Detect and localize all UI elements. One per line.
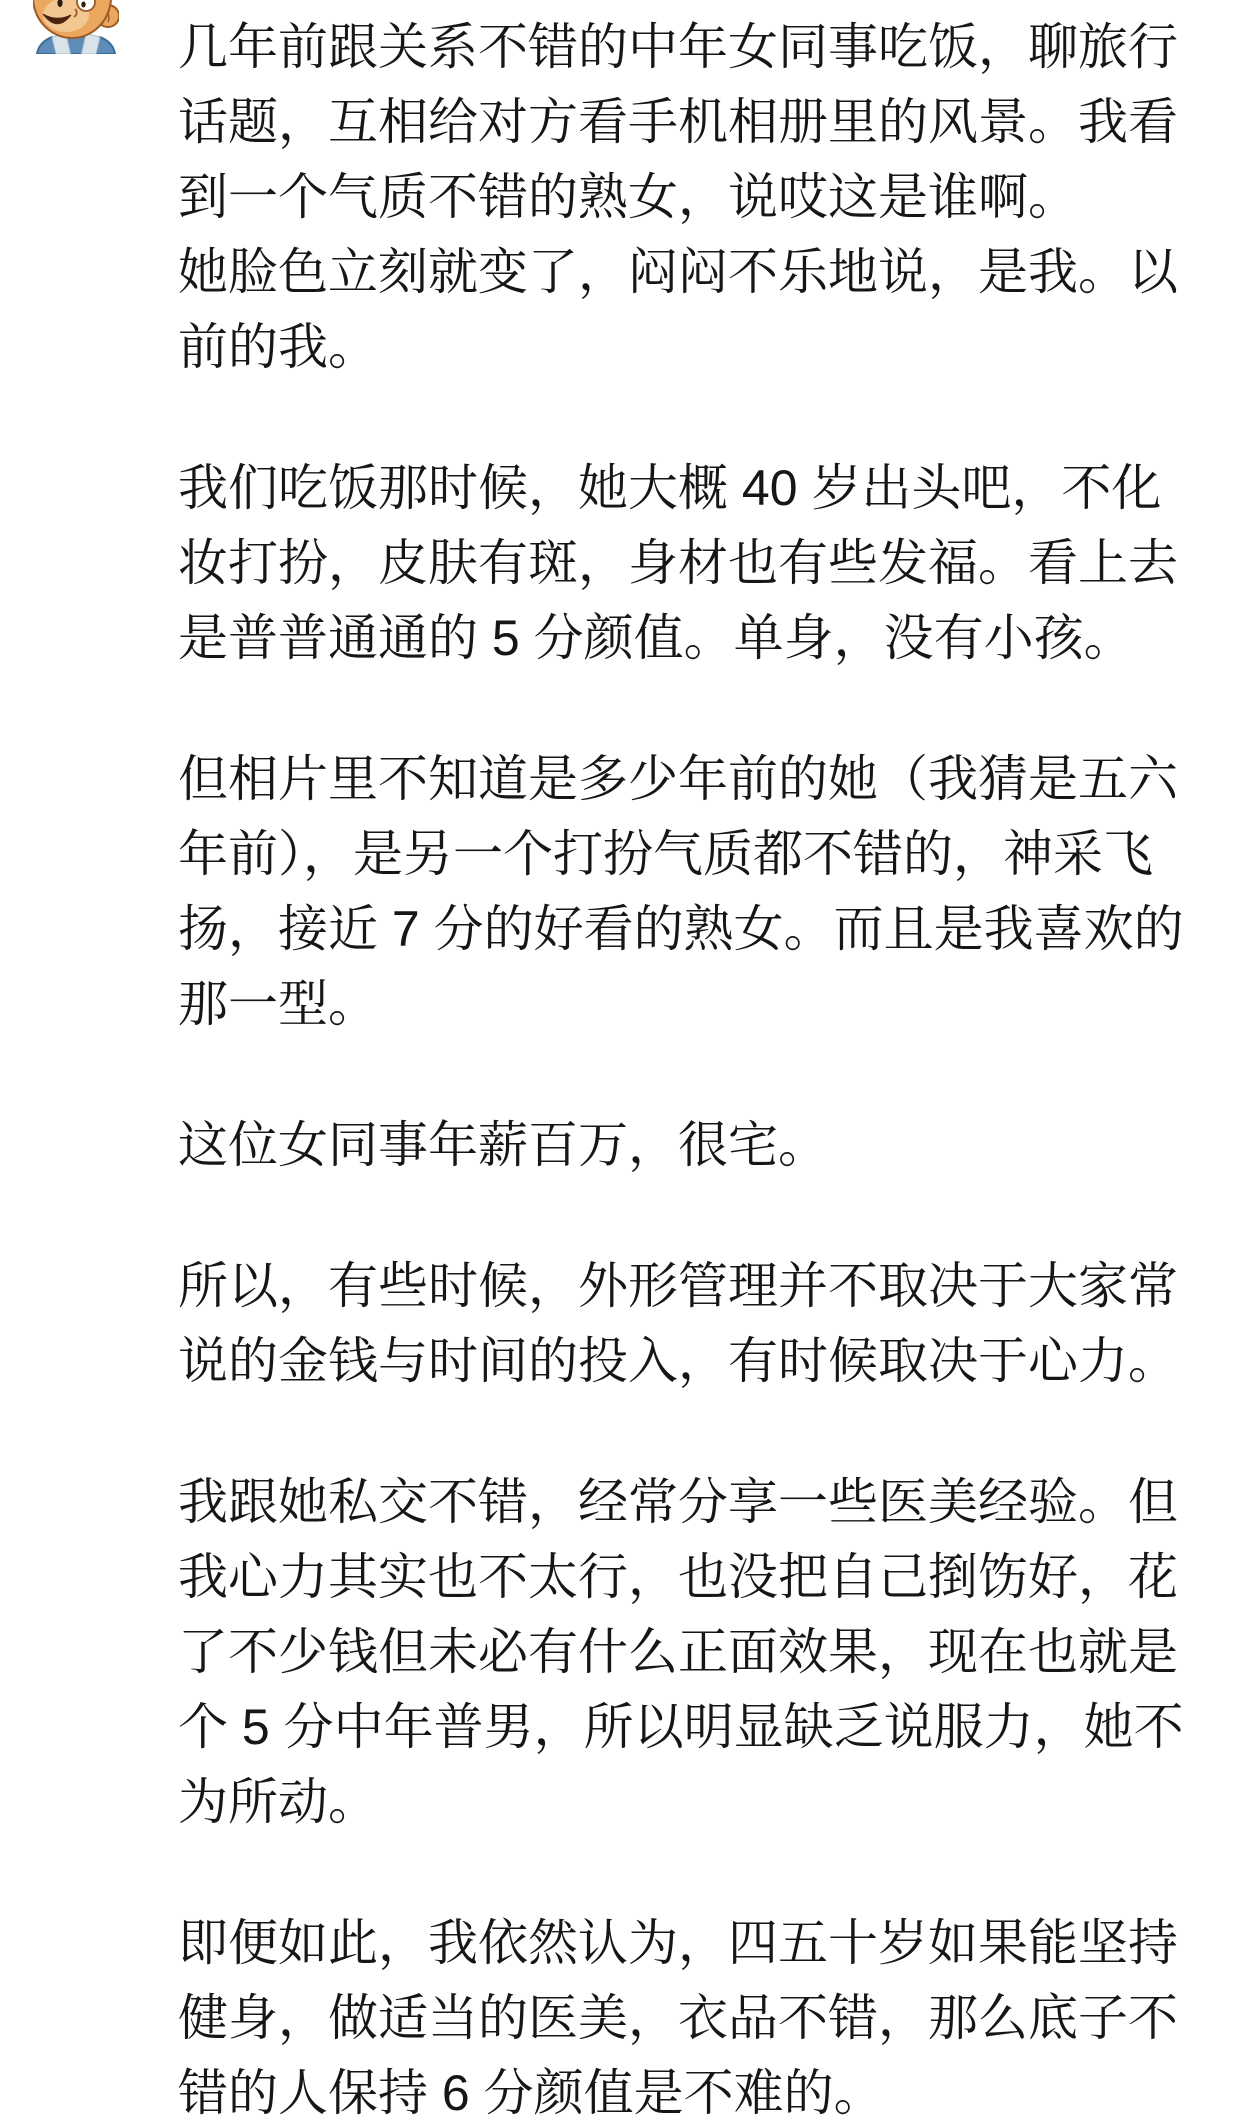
paragraph: 我跟她私交不错，经常分享一些医美经验。但我心力其实也不太行，也没把自己捯饬好，花…	[178, 1465, 1198, 1840]
user-avatar[interactable]	[33, 0, 119, 54]
paragraph: 几年前跟关系不错的中年女同事吃饭，聊旅行话题，互相给对方看手机相册里的风景。我看…	[178, 10, 1198, 385]
comment-post: 几年前跟关系不错的中年女同事吃饭，聊旅行话题，互相给对方看手机相册里的风景。我看…	[0, 0, 1233, 2126]
post-body: 几年前跟关系不错的中年女同事吃饭，聊旅行话题，互相给对方看手机相册里的风景。我看…	[178, 10, 1198, 2126]
paragraph: 我们吃饭那时候，她大概 40 岁出头吧，不化妆打扮，皮肤有斑，身材也有些发福。看…	[178, 451, 1198, 676]
paragraph: 但相片里不知道是多少年前的她（我猜是五六年前），是另一个打扮气质都不错的，神采飞…	[178, 742, 1198, 1042]
paragraph: 这位女同事年薪百万，很宅。	[178, 1108, 1198, 1183]
cartoon-man-avatar-icon	[33, 0, 119, 54]
paragraph: 即便如此，我依然认为，四五十岁如果能坚持健身，做适当的医美，衣品不错，那么底子不…	[178, 1906, 1198, 2126]
paragraph: 所以，有些时候，外形管理并不取决于大家常说的金钱与时间的投入，有时候取决于心力。	[178, 1249, 1198, 1399]
